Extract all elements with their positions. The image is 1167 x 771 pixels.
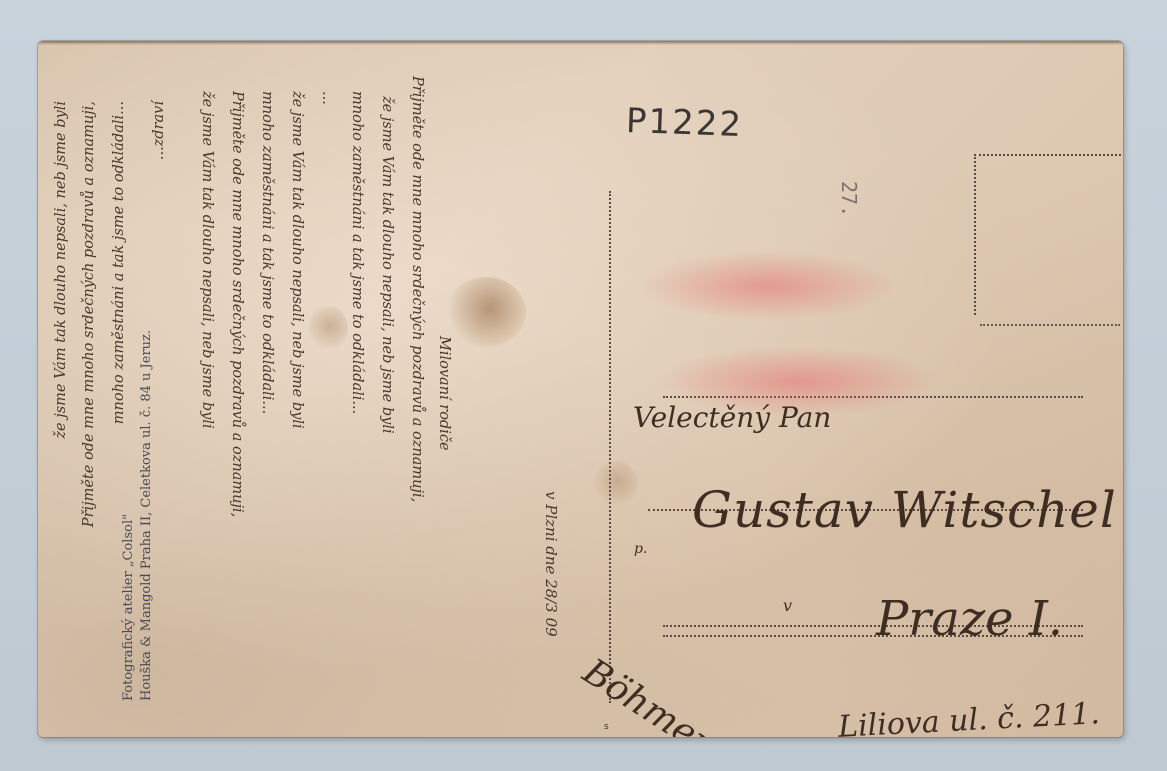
message-line: Přijměte ode mne mnoho srdečných pozdrav…	[78, 101, 100, 527]
message-greeting: Milovaní rodiče	[433, 336, 455, 451]
postcard: P1222 27. Velectěný Pan p. Gustav Witsch…	[38, 41, 1123, 737]
stain	[308, 306, 348, 351]
footer-letter: s	[604, 722, 609, 732]
message-line: ...zdraví	[148, 101, 170, 160]
message-line: mnoho zaměstnáni a tak jsme to odkládali…	[346, 91, 368, 414]
message-line: mnoho zaměstnáni a tak jsme to odkládali…	[256, 91, 278, 414]
stamp-box-base	[980, 324, 1120, 326]
message-line: že jsme Vám tak dlouho nepsali, neb jsme…	[286, 91, 308, 429]
address-street: Liliova ul. č. 211.	[837, 696, 1100, 737]
message-line: ...	[316, 91, 338, 105]
address-city: Praze I.	[876, 591, 1063, 647]
stain	[446, 277, 526, 347]
address-preposition: v	[783, 596, 792, 615]
postmark: 27.	[838, 181, 860, 207]
message-line: že jsme Vám tak dlouho nepsali, neb jsme…	[196, 91, 218, 429]
red-pencil-mark	[638, 251, 898, 321]
address-country: Böhmen	[576, 651, 724, 737]
address-name-prefix: p.	[634, 541, 647, 557]
catalog-number: P1222	[625, 101, 743, 145]
stain	[593, 461, 638, 506]
message-line: Přijměte ode mne mnoho srdečných pozdrav…	[406, 76, 428, 502]
message-place-date: v Plzni dne 28/3 09	[542, 491, 560, 637]
message-line: že jsme Vám tak dlouho nepsali, neb jsme…	[50, 101, 72, 439]
address-salutation: Velectěný Pan	[633, 401, 831, 434]
center-divider	[609, 191, 611, 703]
imprint-line-2: Houška & Mangold Praha II, Celetkova ul.…	[138, 281, 156, 701]
imprint-line-1: Fotografický atelier „Colsol"	[120, 281, 138, 701]
message-line: že jsme Vám tak dlouho nepsali, neb jsme…	[376, 96, 398, 434]
address-name: Gustav Witschel	[692, 481, 1117, 539]
message-line: Přijměte ode mne mnoho srdečných pozdrav…	[226, 91, 248, 517]
stamp-box	[974, 154, 1123, 315]
printed-imprint: Fotografický atelier „Colsol" Houška & M…	[120, 281, 156, 701]
